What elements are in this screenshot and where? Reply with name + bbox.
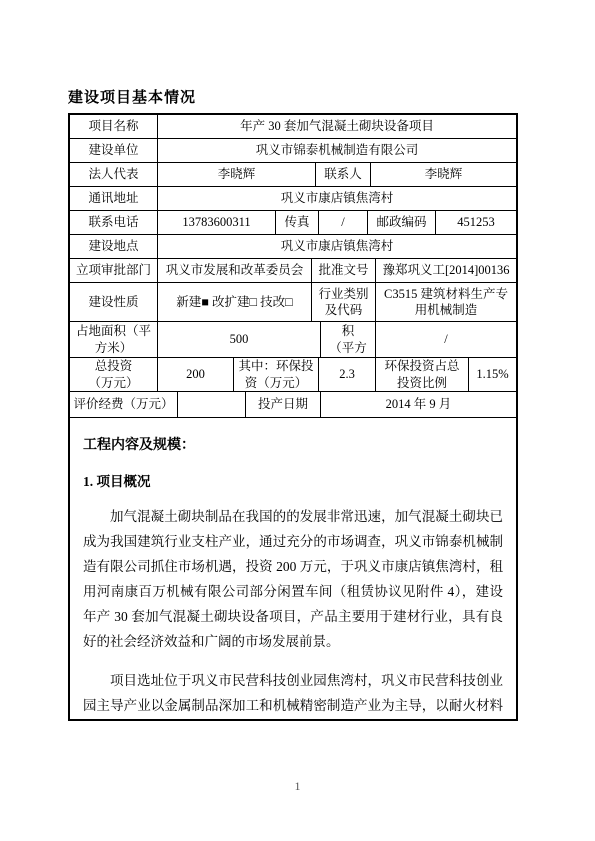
doc-no-value: 豫郑巩义工[2014]00136 (376, 259, 516, 282)
evaluation-fee-label: 评价经费（万元） (70, 392, 178, 417)
industry-code-value: C3515 建筑材料生产专 用机械制造 (376, 283, 516, 321)
production-date-label: 投产日期 (246, 392, 321, 417)
project-content-section: 工程内容及规模： 1. 项目概况 加气混凝土砌块制品在我国的的发展非常迅速，加气… (70, 418, 516, 719)
phone-label: 联系电话 (70, 211, 158, 234)
row-nature: 建设性质 新建■ 改扩建□ 技改□ 行业类别 及代码 C3515 建筑材料生产专… (70, 283, 516, 322)
project-name-label: 项目名称 (70, 115, 158, 138)
mail-address-value: 巩义市康店镇焦湾村 (158, 187, 516, 210)
row-land-area: 占地面积（平 方米） 500 绿化面积 （平方米） / (70, 322, 516, 358)
row-investment: 总投资 （万元） 200 其中：环保投 资（万元） 2.3 环保投资占总 投资比… (70, 358, 516, 392)
phone-value: 13783600311 (158, 211, 276, 234)
env-ratio-label: 环保投资占总 投资比例 (376, 358, 469, 391)
land-area-label: 占地面积（平 方米） (70, 322, 158, 357)
row-project-name: 项目名称 年产 30 套加气混凝土砌块设备项目 (70, 115, 516, 139)
approval-dept-value: 巩义市发展和改革委员会 (158, 259, 312, 282)
env-investment-label: 其中：环保投 资（万元） (234, 358, 319, 391)
production-date-value: 2014 年 9 月 (321, 392, 516, 417)
contact-value: 李晓辉 (371, 163, 516, 186)
builder-value: 巩义市锦泰机械制造有限公司 (158, 139, 516, 162)
evaluation-fee-value (178, 392, 246, 417)
site-label: 建设地点 (70, 235, 158, 258)
content-paragraph-2: 项目选址位于巩义市民营科技创业园焦湾村，巩义市民营科技创业园主导产业以金属制品深… (83, 668, 503, 719)
total-investment-value: 200 (158, 358, 234, 391)
legal-rep-label: 法人代表 (70, 163, 158, 186)
content-heading: 工程内容及规模： (83, 434, 503, 454)
green-area-label: 绿化面积 （平方米） (321, 322, 376, 357)
project-info-table: 项目名称 年产 30 套加气混凝土砌块设备项目 建设单位 巩义市锦泰机械制造有限… (68, 113, 518, 721)
zip-value: 451253 (436, 211, 516, 234)
row-builder: 建设单位 巩义市锦泰机械制造有限公司 (70, 139, 516, 163)
page-number: 1 (0, 779, 595, 794)
doc-no-label: 批准文号 (312, 259, 376, 282)
env-ratio-value: 1.15% (469, 358, 516, 391)
mail-address-label: 通讯地址 (70, 187, 158, 210)
total-investment-label: 总投资 （万元） (70, 358, 158, 391)
fax-label: 传真 (276, 211, 319, 234)
content-paragraph-1: 加气混凝土砌块制品在我国的的发展非常迅速，加气混凝土砌块已成为我国建筑行业支柱产… (83, 504, 503, 654)
zip-label: 邮政编码 (368, 211, 436, 234)
row-phone: 联系电话 13783600311 传真 / 邮政编码 451253 (70, 211, 516, 235)
land-area-value: 500 (158, 322, 321, 357)
row-evaluation: 评价经费（万元） 投产日期 2014 年 9 月 (70, 392, 516, 418)
industry-code-label: 行业类别 及代码 (312, 283, 376, 321)
site-value: 巩义市康店镇焦湾村 (158, 235, 516, 258)
row-legal-rep: 法人代表 李晓辉 联系人 李晓辉 (70, 163, 516, 187)
env-investment-value: 2.3 (319, 358, 376, 391)
nature-checkboxes: 新建■ 改扩建□ 技改□ (158, 283, 312, 321)
page-title: 建设项目基本情况 (68, 86, 196, 107)
legal-rep-value: 李晓辉 (158, 163, 316, 186)
green-area-value: / (376, 322, 516, 357)
builder-label: 建设单位 (70, 139, 158, 162)
approval-dept-label: 立项审批部门 (70, 259, 158, 282)
content-subheading: 1. 项目概况 (83, 470, 503, 490)
project-name-value: 年产 30 套加气混凝土砌块设备项目 (158, 115, 516, 138)
row-approval: 立项审批部门 巩义市发展和改革委员会 批准文号 豫郑巩义工[2014]00136 (70, 259, 516, 283)
document-page: 建设项目基本情况 项目名称 年产 30 套加气混凝土砌块设备项目 建设单位 巩义… (0, 0, 595, 841)
contact-label: 联系人 (316, 163, 371, 186)
fax-value: / (319, 211, 368, 234)
row-mail-address: 通讯地址 巩义市康店镇焦湾村 (70, 187, 516, 211)
nature-label: 建设性质 (70, 283, 158, 321)
row-site: 建设地点 巩义市康店镇焦湾村 (70, 235, 516, 259)
